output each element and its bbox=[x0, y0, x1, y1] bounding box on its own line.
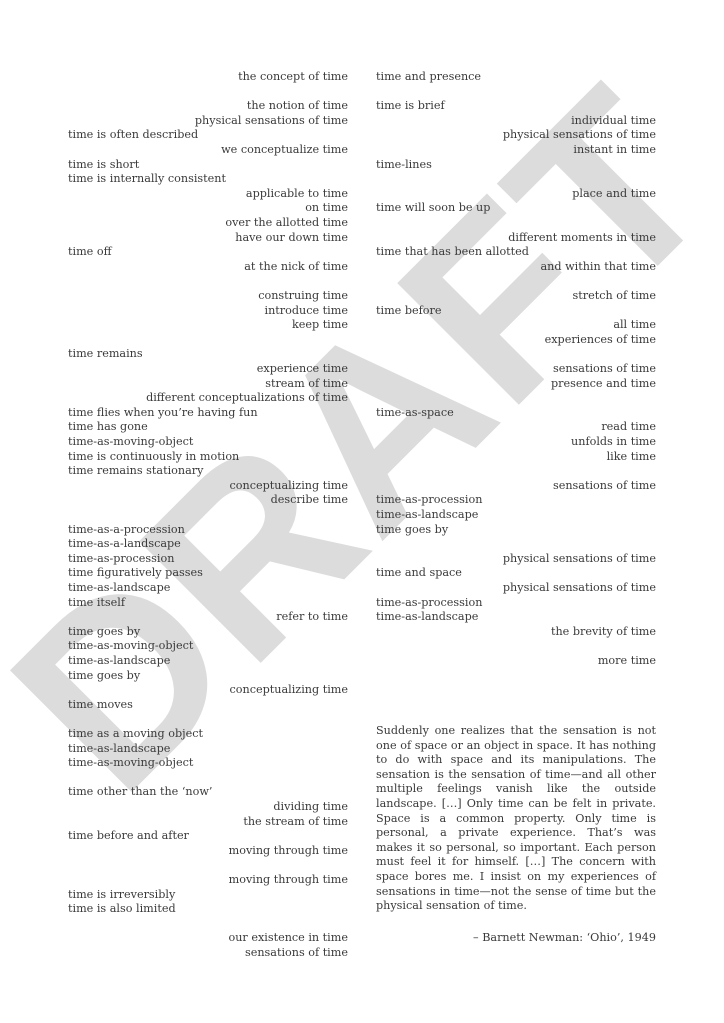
phrase-line: more time bbox=[376, 653, 656, 668]
phrase-line: time figuratively passes bbox=[68, 565, 348, 580]
phrase-line: time remains stationary bbox=[68, 463, 348, 478]
phrase-line: time-as-landscape bbox=[68, 653, 348, 668]
phrase-line: all time bbox=[376, 317, 656, 332]
quote-attribution: – Barnett Newman: ‘Ohio’, 1949 bbox=[376, 930, 656, 945]
phrase-line: physical sensations of time bbox=[68, 113, 348, 128]
phrase-line: construing time bbox=[68, 288, 348, 303]
phrase-line: moving through time bbox=[68, 843, 348, 858]
phrase-line: different moments in time bbox=[376, 230, 656, 245]
phrase-line: presence and time bbox=[376, 376, 656, 391]
phrase-line: time-as-landscape bbox=[376, 507, 656, 522]
phrase-line: keep time bbox=[68, 317, 348, 332]
phrase-line: time before and after bbox=[68, 828, 348, 843]
phrase-line: the concept of time bbox=[68, 69, 348, 84]
phrase-line: place and time bbox=[376, 186, 656, 201]
document-page: DRAFT the concept of timethe notion of t… bbox=[0, 0, 724, 1023]
phrase-line: time-as-procession bbox=[376, 492, 656, 507]
phrase-line: and within that time bbox=[376, 259, 656, 274]
phrase-line: time-lines bbox=[376, 157, 656, 172]
phrase-line: applicable to time bbox=[68, 186, 348, 201]
phrase-line: time before bbox=[376, 303, 656, 318]
phrase-line: time-as-space bbox=[376, 405, 656, 420]
phrase-line: time is short bbox=[68, 157, 348, 172]
phrase-line: individual time bbox=[376, 113, 656, 128]
phrase-line: sensations of time bbox=[376, 361, 656, 376]
phrase-line: time as a moving object bbox=[68, 726, 348, 741]
phrase-line: time-as-procession bbox=[376, 595, 656, 610]
phrase-line: time-as-a-procession bbox=[68, 522, 348, 537]
phrase-line: time is internally consistent bbox=[68, 171, 348, 186]
phrase-line: time that has been allotted bbox=[376, 244, 656, 259]
phrase-line: time and space bbox=[376, 565, 656, 580]
phrase-line: our existence in time bbox=[68, 930, 348, 945]
phrase-line: experience time bbox=[68, 361, 348, 376]
phrase-line: time-as-landscape bbox=[68, 580, 348, 595]
phrase-line: experiences of time bbox=[376, 332, 656, 347]
phrase-line: time is continuously in motion bbox=[68, 449, 348, 464]
phrase-line: like time bbox=[376, 449, 656, 464]
phrase-line: time-as-moving-object bbox=[68, 638, 348, 653]
phrase-line: time flies when you’re having fun bbox=[68, 405, 348, 420]
phrase-line: introduce time bbox=[68, 303, 348, 318]
phrase-line: refer to time bbox=[68, 609, 348, 624]
phrase-line: time is often described bbox=[68, 127, 348, 142]
phrase-line: the stream of time bbox=[68, 814, 348, 829]
phrase-line: time off bbox=[68, 244, 348, 259]
phrase-line: stretch of time bbox=[376, 288, 656, 303]
phrase-line: time-as-procession bbox=[68, 551, 348, 566]
phrase-line: unfolds in time bbox=[376, 434, 656, 449]
phrase-line: stream of time bbox=[68, 376, 348, 391]
phrase-line: dividing time bbox=[68, 799, 348, 814]
phrase-line: describe time bbox=[68, 492, 348, 507]
phrase-line: the notion of time bbox=[68, 98, 348, 113]
phrase-line: time itself bbox=[68, 595, 348, 610]
phrase-line: conceptualizing time bbox=[68, 682, 348, 697]
phrase-line: time goes by bbox=[68, 668, 348, 683]
phrase-line: time remains bbox=[68, 346, 348, 361]
phrase-line: physical sensations of time bbox=[376, 127, 656, 142]
phrase-line: the brevity of time bbox=[376, 624, 656, 639]
phrase-line: time-as-moving-object bbox=[68, 434, 348, 449]
phrase-line: we conceptualize time bbox=[68, 142, 348, 157]
phrase-line: time-as-landscape bbox=[376, 609, 656, 624]
phrase-line: read time bbox=[376, 419, 656, 434]
phrase-line: sensations of time bbox=[376, 478, 656, 493]
phrase-line: instant in time bbox=[376, 142, 656, 157]
phrase-line: different conceptualizations of time bbox=[68, 390, 348, 405]
phrase-line: time-as-landscape bbox=[68, 741, 348, 756]
phrase-line: time goes by bbox=[68, 624, 348, 639]
phrase-line: time will soon be up bbox=[376, 200, 656, 215]
phrase-line: time is also limited bbox=[68, 901, 348, 916]
phrase-line: have our down time bbox=[68, 230, 348, 245]
phrase-line: time moves bbox=[68, 697, 348, 712]
newman-quote: Suddenly one realizes that the sensation… bbox=[376, 724, 656, 914]
phrase-line: time is irreversibly bbox=[68, 887, 348, 902]
phrase-line: moving through time bbox=[68, 872, 348, 887]
phrase-line: time is brief bbox=[376, 98, 656, 113]
phrase-line: on time bbox=[68, 200, 348, 215]
phrase-line: time-as-moving-object bbox=[68, 755, 348, 770]
phrase-line: physical sensations of time bbox=[376, 580, 656, 595]
phrase-line: time-as-a-landscape bbox=[68, 536, 348, 551]
phrase-line: time other than the ‘now’ bbox=[68, 784, 348, 799]
phrase-line: sensations of time bbox=[68, 945, 348, 960]
phrase-line: over the allotted time bbox=[68, 215, 348, 230]
phrase-line: time has gone bbox=[68, 419, 348, 434]
phrase-line: conceptualizing time bbox=[68, 478, 348, 493]
phrase-line: at the nick of time bbox=[68, 259, 348, 274]
phrase-line: physical sensations of time bbox=[376, 551, 656, 566]
phrase-line: time and presence bbox=[376, 69, 656, 84]
phrase-line: time goes by bbox=[376, 522, 656, 537]
